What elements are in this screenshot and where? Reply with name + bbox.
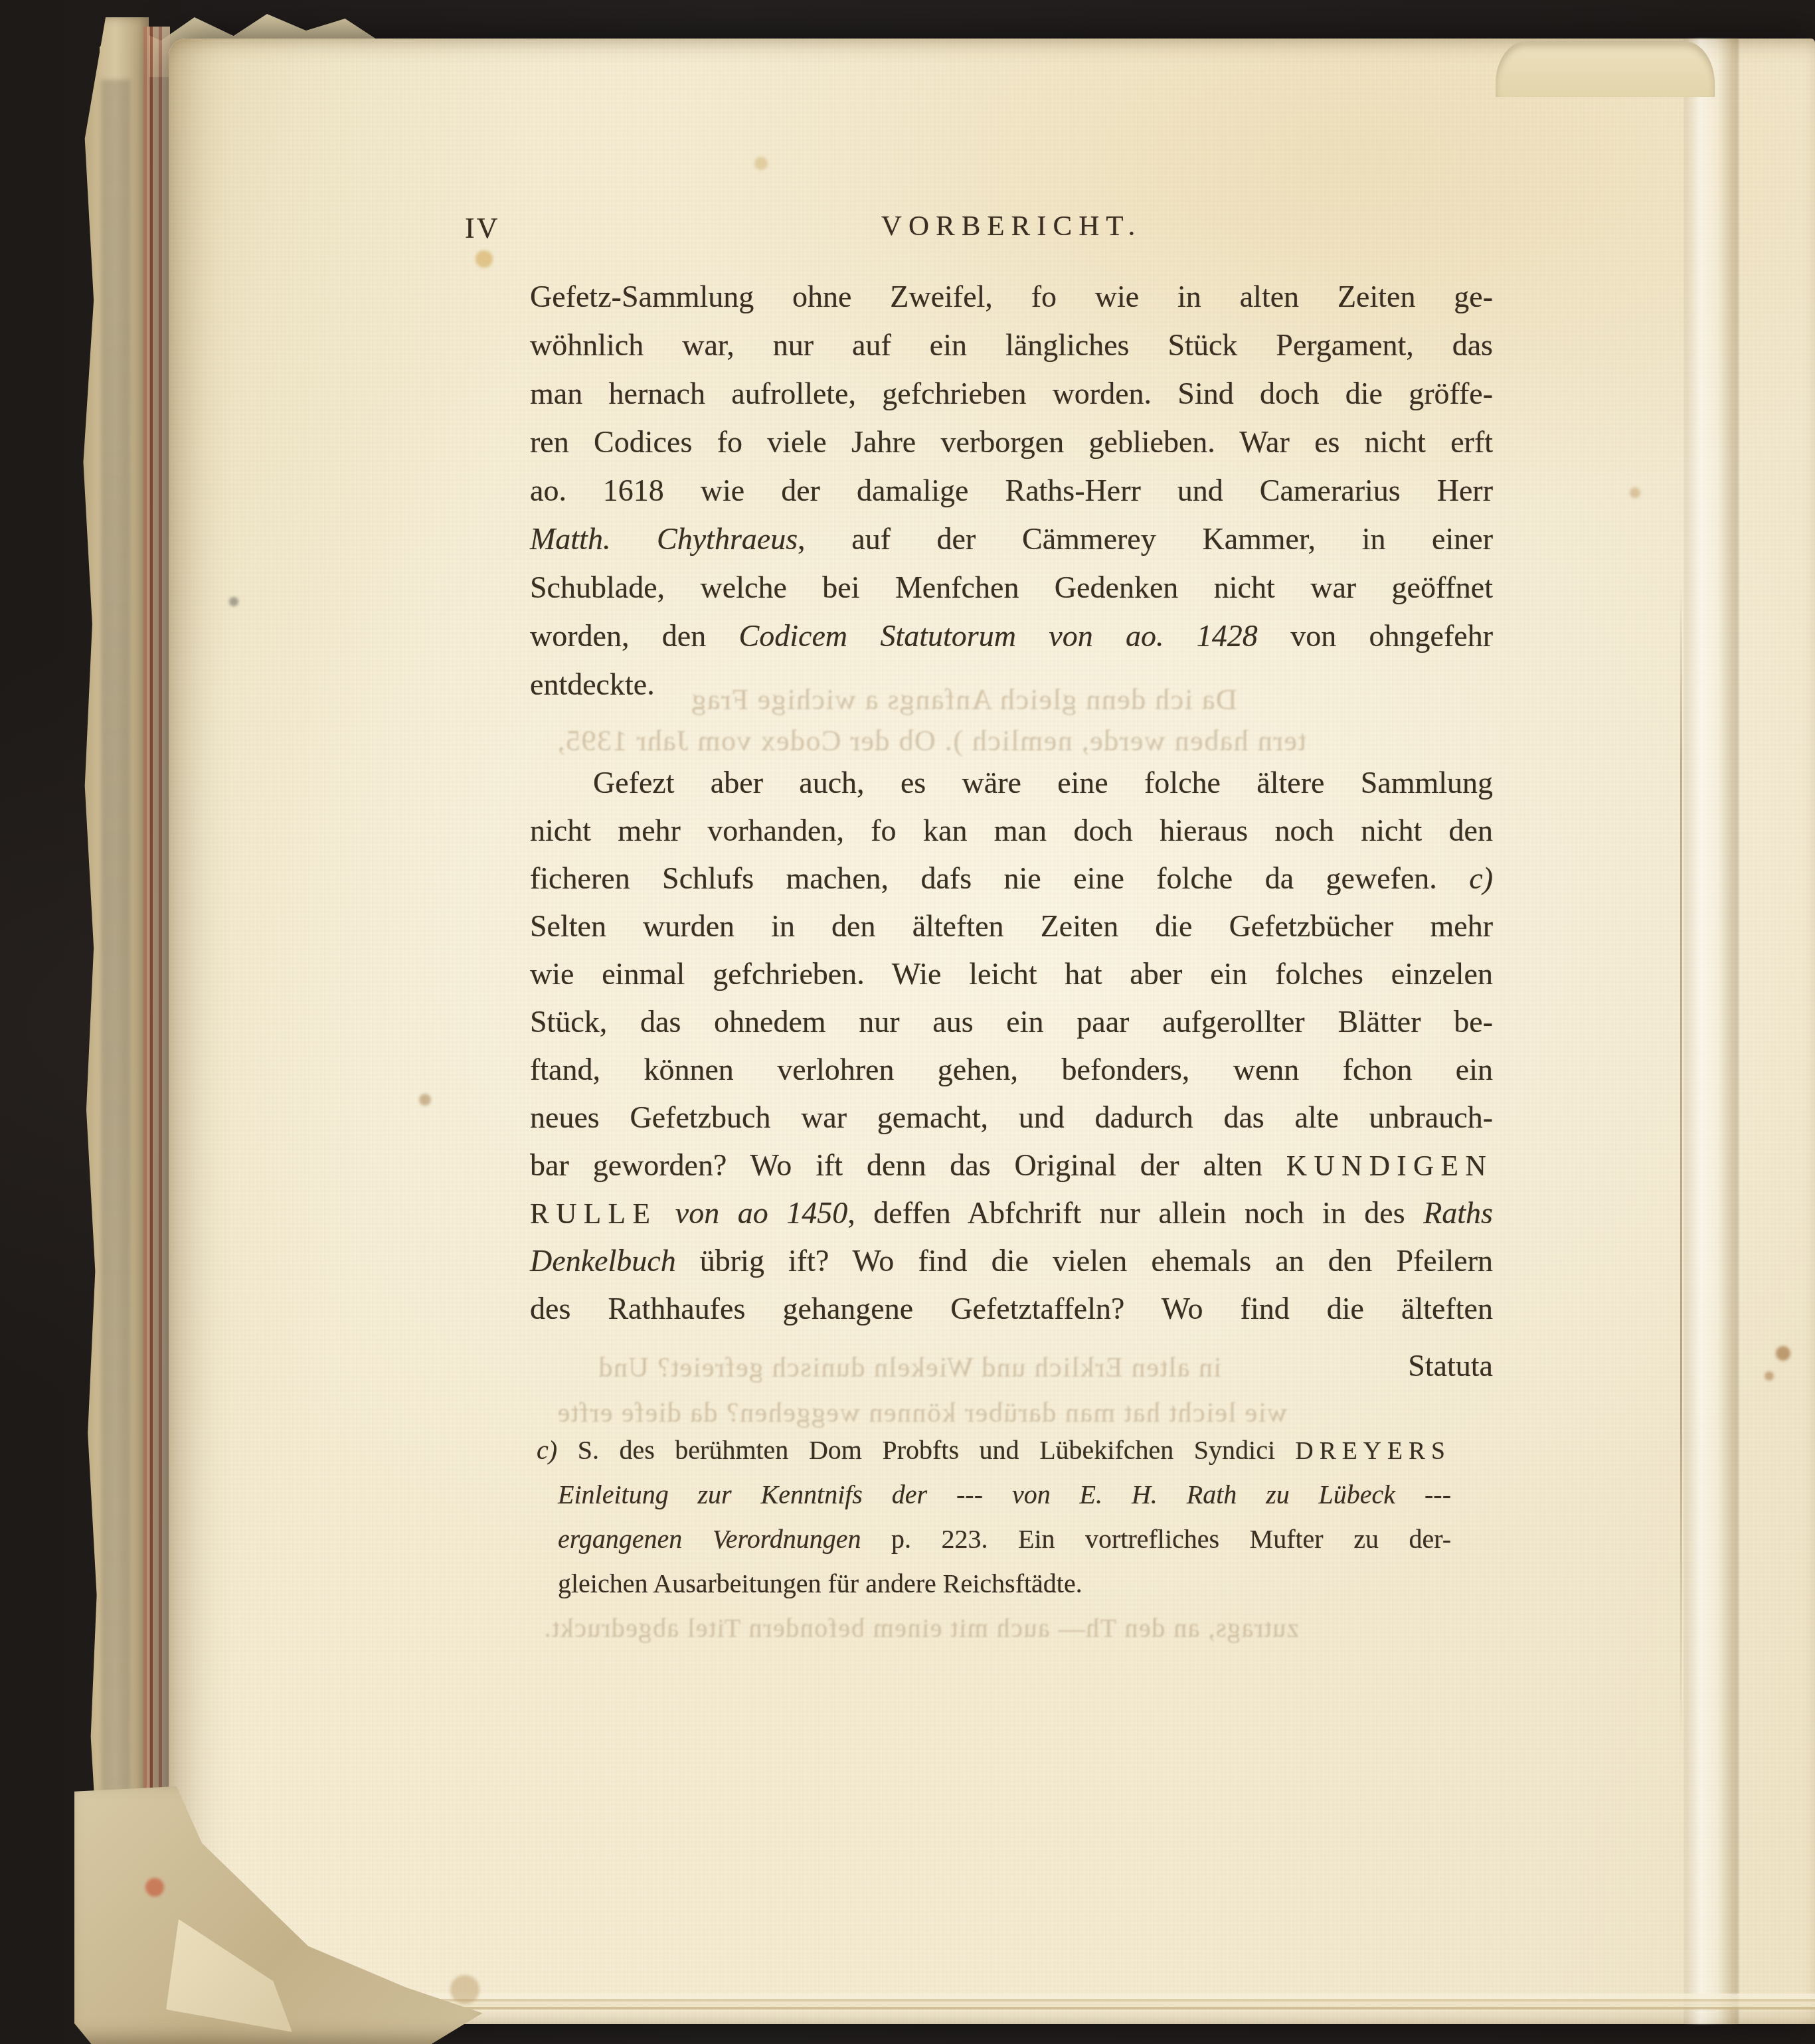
ghost-text-line: in alten Erklich und Wiekeln dunisch gef… [598, 1352, 1221, 1384]
roman-text: S. des berühmten Dom Probfts und Lübekif… [557, 1435, 1296, 1465]
roman-text: nicht mehr vorhanden, fo kan man doch hi… [530, 813, 1493, 847]
body-text-line: worden, den Codicem Statutorum von ao. 1… [530, 616, 1493, 657]
body-text-line: bar geworden? Wo ift denn das Original d… [530, 1145, 1493, 1187]
ghost-text-line: tern haben werde, nemlich ). Ob der Code… [557, 724, 1306, 758]
roman-text: Gefezt aber auch, es wäre eine folche äl… [593, 766, 1493, 800]
body-text-line: ren Codices fo viele Jahre verborgen geb… [530, 422, 1493, 463]
running-header: VORBERICHT. [530, 210, 1493, 242]
foxing-spot [229, 597, 238, 606]
page-bottom-sheet-edges [425, 1994, 1815, 2012]
body-text-line: ficheren Schlufs machen, dafs nie eine f… [530, 858, 1493, 899]
roman-text: Stück, das ohnedem nur aus ein paar aufg… [530, 1005, 1493, 1039]
underlying-page-corner [1496, 41, 1715, 97]
roman-text: ftand, können verlohren gehen, befonders… [530, 1053, 1493, 1086]
foxing-spot [419, 1094, 431, 1106]
roman-text: worden, den [530, 619, 739, 653]
body-text-line: ftand, können verlohren gehen, befonders… [530, 1049, 1493, 1090]
roman-text: Gefetz-Sammlung ohne Zweifel, fo wie in … [530, 280, 1493, 313]
foxing-spot [754, 157, 768, 170]
ghost-text-line: Da ich denn gleich Anfangs a wichige Fra… [691, 683, 1237, 717]
page-crease-line [1680, 584, 1682, 1746]
italic-text: Denkelbuch [530, 1244, 676, 1278]
underlying-page-ridge [1684, 39, 1739, 2024]
foxing-spot [1765, 1371, 1774, 1381]
roman-text: gleichen Ausarbeitungen für andere Reich… [558, 1569, 1082, 1598]
footnote-line: ergangenen Verordnungen p. 223. Ein vort… [558, 1521, 1451, 1558]
italic-text: c) [537, 1435, 557, 1465]
footnote-line: gleichen Ausarbeitungen für andere Reich… [558, 1565, 1451, 1602]
footnote-line: Einleitung zur Kenntnifs der --- von E. … [558, 1476, 1451, 1513]
spaced-caps-text: RULLE [530, 1198, 657, 1230]
body-text-line: Stück, das ohnedem nur aus ein paar aufg… [530, 1001, 1493, 1043]
roman-text: von ohngefehr [1258, 619, 1493, 653]
spaced-caps-text: DREYERS [1296, 1438, 1451, 1465]
roman-text: Selten wurden in den älteften Zeiten die… [530, 909, 1493, 943]
italic-text: von ao 1450 [657, 1196, 847, 1230]
roman-text: wöhnlich war, nur auf ein längliches Stü… [530, 328, 1493, 362]
body-text-line: Gefetz-Sammlung ohne Zweifel, fo wie in … [530, 276, 1493, 317]
ghost-text-line: zutrags, an den Th— auch mit einem befon… [543, 1612, 1299, 1644]
roman-text: entdeckte. [530, 667, 655, 701]
foxing-spot [475, 250, 493, 268]
roman-text: , deffen Abfchrift nur allein noch in de… [847, 1196, 1423, 1230]
roman-text: ao. 1618 wie der damalige Raths-Herr und… [530, 473, 1493, 507]
foxing-spot [450, 1975, 479, 2004]
italic-text: ergangenen Verordnungen [558, 1524, 861, 1554]
spaced-caps-text: KUNDIGEN [1286, 1150, 1493, 1182]
ghost-text-line: wie leicht hat man darüber können weggeh… [557, 1397, 1287, 1429]
roman-text: Schublade, welche bei Menfchen Gedenken … [530, 570, 1493, 604]
body-text-line: ao. 1618 wie der damalige Raths-Herr und… [530, 470, 1493, 511]
roman-text: ren Codices fo viele Jahre verborgen geb… [530, 425, 1493, 459]
roman-text: neues Gefetzbuch war gemacht, und dadurc… [530, 1100, 1493, 1134]
italic-text: Matth. Chythraeus [530, 522, 798, 556]
body-text-line: Gefezt aber auch, es wäre eine folche äl… [530, 762, 1493, 804]
page-number: IV [465, 211, 499, 245]
body-text-line: RULLE von ao 1450, deffen Abfchrift nur … [530, 1193, 1493, 1235]
body-text-line: man hernach aufrollete, gefchrieben word… [530, 373, 1493, 414]
binding-edge-shading [101, 80, 130, 1992]
foxing-spot [145, 1878, 164, 1897]
foxing-spot [1776, 1346, 1790, 1361]
body-text-line: Schublade, welche bei Menfchen Gedenken … [530, 567, 1493, 608]
page-edge-red-stain-stripes [143, 27, 170, 2023]
body-text-line: des Rathhaufes gehangene Gefetztaffeln? … [530, 1288, 1493, 1329]
roman-text: ficheren Schlufs machen, dafs nie eine f… [530, 861, 1469, 895]
italic-text: Raths [1423, 1196, 1493, 1230]
body-text-line: nicht mehr vorhanden, fo kan man doch hi… [530, 810, 1493, 851]
italic-text: Einleitung zur Kenntnifs der --- von E. … [558, 1480, 1451, 1509]
roman-text: p. 223. Ein vortrefliches Mufter zu der- [861, 1524, 1452, 1554]
italic-text: c) [1469, 861, 1493, 895]
foxing-spot [1630, 487, 1640, 498]
body-text-line: neues Gefetzbuch war gemacht, und dadurc… [530, 1097, 1493, 1138]
body-text-line: Selten wurden in den älteften Zeiten die… [530, 906, 1493, 947]
body-text-line: Denkelbuch übrig ift? Wo find die vielen… [530, 1240, 1493, 1282]
body-text-line: wie einmal gefchrieben. Wie leicht hat a… [530, 954, 1493, 995]
roman-text: bar geworden? Wo ift denn das Original d… [530, 1148, 1286, 1182]
italic-text: Codicem Statutorum von ao. 1428 [739, 619, 1258, 653]
roman-text: übrig ift? Wo find die vielen ehemals an… [676, 1244, 1493, 1278]
footnote-line: c) S. des berühmten Dom Probfts und Lübe… [537, 1432, 1451, 1470]
body-text-line: wöhnlich war, nur auf ein längliches Stü… [530, 325, 1493, 366]
scanned-book-page: IV VORBERICHT. Gefetz-Sammlung ohne Zwei… [0, 0, 1815, 2044]
roman-text: man hernach aufrollete, gefchrieben word… [530, 377, 1493, 410]
body-text-line: Matth. Chythraeus, auf der Cämmerey Kamm… [530, 519, 1493, 560]
roman-text: des Rathhaufes gehangene Gefetztaffeln? … [530, 1292, 1493, 1325]
roman-text: , auf der Cämmerey Kammer, in einer [798, 522, 1493, 556]
roman-text: wie einmal gefchrieben. Wie leicht hat a… [530, 957, 1493, 991]
